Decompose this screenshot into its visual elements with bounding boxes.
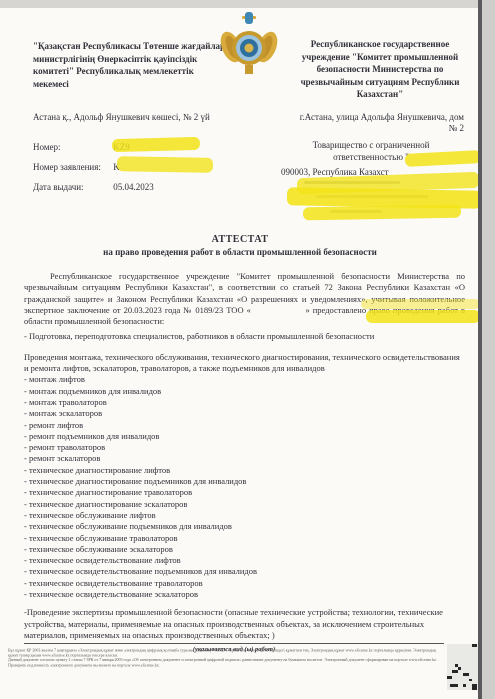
legal-footnote-russian: Данный документ согласно пункту 1 статьи… xyxy=(8,658,443,668)
recipient-address: 090003, Республика Казахст xyxy=(281,167,477,177)
work-list-item: - ремонт подъемников для инвалидов xyxy=(24,431,465,442)
redacted-text-trace xyxy=(316,195,428,198)
field-issue-date: Дата выдачи: 05.04.2023 xyxy=(33,182,154,202)
work-list-item: - техническое освидетельствование эскала… xyxy=(24,589,465,600)
works-list: - монтаж лифтов- монтаж подъемников для … xyxy=(24,374,465,600)
issuer-name-russian: Республиканское государственное учрежден… xyxy=(295,38,465,101)
work-list-item: - техническое диагностирование лифтов xyxy=(24,465,465,476)
application-number-value: K xyxy=(113,162,120,172)
redacted-text-trace xyxy=(304,181,400,184)
certificate-page: "Қазақстан Республикасы Төтенше жағдайла… xyxy=(0,8,478,699)
certificate-fields: Номер: KZ9 Номер заявления: K Дата выдач… xyxy=(33,142,154,202)
page-edge-shadow xyxy=(478,0,482,699)
work-item-expertise: -Проведение экспертизы промышленной безо… xyxy=(24,607,465,641)
work-list-item: - ремонт эскалаторов xyxy=(24,453,465,464)
number-label: Номер: xyxy=(33,142,111,152)
work-list-item: - техническое обслуживание лифтов xyxy=(24,510,465,521)
document-photo: "Қазақстан Республикасы Төтенше жағдайла… xyxy=(0,0,495,699)
certificate-title: АТТЕСТАТ xyxy=(24,234,456,245)
work-item-preparation: - Подготовка, переподготовка специалисто… xyxy=(24,331,465,342)
work-list-item: - техническое диагностирование эскалатор… xyxy=(24,499,465,510)
issuer-address-russian: г.Астана, улица Адольфа Янушкевича, дом … xyxy=(296,112,464,134)
work-list-item: - монтаж подъемников для инвалидов xyxy=(24,386,465,397)
application-number-label: Номер заявления: xyxy=(33,162,111,172)
kazakhstan-emblem-icon xyxy=(220,11,278,77)
work-list-item: - техническое обслуживание подъемников д… xyxy=(24,521,465,532)
work-list-item: - монтаж лифтов xyxy=(24,374,465,385)
certificate-body: Республиканское государственное учрежден… xyxy=(24,271,465,656)
photo-background-strip xyxy=(482,0,495,699)
certificate-intro-paragraph: Республиканское государственное учрежден… xyxy=(24,271,465,327)
highlight-redaction-address-2 xyxy=(287,187,481,208)
work-list-item: - техническое обслуживание траволаторов xyxy=(24,533,465,544)
work-list-item: - ремонт траволаторов xyxy=(24,442,465,453)
issue-date-label: Дата выдачи: xyxy=(33,182,111,192)
works-intro-paragraph: Проведения монтажа, технического обслужи… xyxy=(24,352,465,375)
certificate-subtitle: на право проведения работ в области пром… xyxy=(24,247,456,257)
work-list-item: - монтаж траволаторов xyxy=(24,397,465,408)
work-list-item: - техническое освидетельствование травол… xyxy=(24,578,465,589)
work-list-item: - монтаж эскалаторов xyxy=(24,408,465,419)
legal-footnote: Бұл құжат ҚР 2003 жылғы 7 қаңтардағы «Эл… xyxy=(8,648,443,668)
field-number: Номер: KZ9 xyxy=(33,142,154,162)
legal-footnote-kazakh: Бұл құжат ҚР 2003 жылғы 7 қаңтардағы «Эл… xyxy=(8,648,443,658)
issuer-address-kazakh: Астана қ., Адольф Янушкевич көшесі, № 2 … xyxy=(33,112,271,123)
work-list-item: - техническое освидетельствование лифтов xyxy=(24,555,465,566)
work-list-item: - ремонт лифтов xyxy=(24,420,465,431)
issue-date-value: 05.04.2023 xyxy=(113,182,154,192)
redacted-text-trace xyxy=(330,210,382,213)
work-list-item: - техническое диагностирование подъемник… xyxy=(24,476,465,487)
number-value: KZ9 xyxy=(113,142,130,152)
work-list-item: - техническое диагностирование траволато… xyxy=(24,487,465,498)
issuer-name-kazakh: "Қазақстан Республикасы Төтенше жағдайла… xyxy=(33,40,227,90)
work-list-item: - техническое освидетельствование подъем… xyxy=(24,566,465,577)
field-application-number: Номер заявления: K xyxy=(33,162,154,182)
highlight-redaction-address-3 xyxy=(303,205,461,221)
work-list-item: - техническое обслуживание эскалаторов xyxy=(24,544,465,555)
recipient-organization: Товарищество с ограниченной ответственно… xyxy=(277,140,465,163)
